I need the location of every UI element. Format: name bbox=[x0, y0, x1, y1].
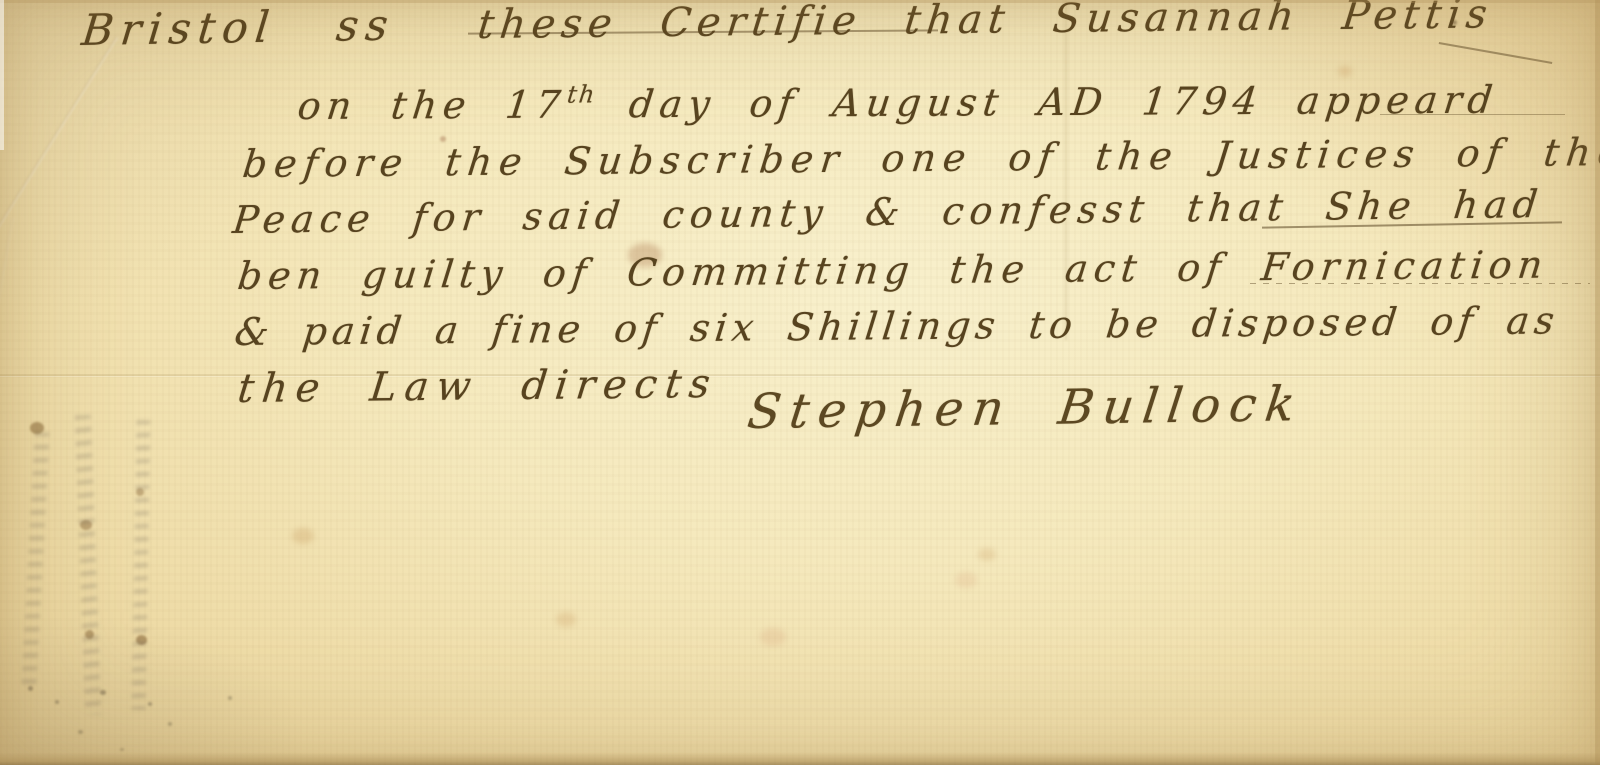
signature: Stephen Bullock bbox=[744, 376, 1307, 440]
line-2-ordinal-superscript: th bbox=[566, 80, 598, 108]
manuscript-line-2: on the 17th day of August AD 1794 appear… bbox=[295, 78, 1500, 128]
line-2-text-continued: day of August AD 1794 appeard bbox=[593, 78, 1501, 127]
manuscript-line-1-county: Bristol ss bbox=[79, 0, 397, 56]
paper-stain bbox=[760, 628, 786, 646]
paper-stain bbox=[556, 612, 576, 627]
corner-shading-bottom-left bbox=[0, 620, 300, 765]
page-edge-top bbox=[0, 0, 1600, 3]
manuscript-line-7: the Law directs bbox=[235, 361, 720, 412]
paper-stain bbox=[955, 572, 977, 588]
manuscript-page: Bristol ss these Certifie that Susannah … bbox=[0, 0, 1600, 765]
page-edge-bottom bbox=[0, 753, 1600, 765]
foxing-spot bbox=[30, 422, 44, 434]
manuscript-line-6: & paid a fine of six Shillings to be dis… bbox=[232, 298, 1561, 354]
page-edge-left bbox=[0, 0, 4, 150]
foxing-spot bbox=[136, 488, 144, 496]
paper-stain bbox=[292, 528, 314, 544]
page-edge-right bbox=[1595, 0, 1600, 765]
line-2-text: on the 17 bbox=[295, 83, 568, 128]
foxing-spot bbox=[80, 520, 92, 530]
paper-stain bbox=[978, 548, 996, 561]
